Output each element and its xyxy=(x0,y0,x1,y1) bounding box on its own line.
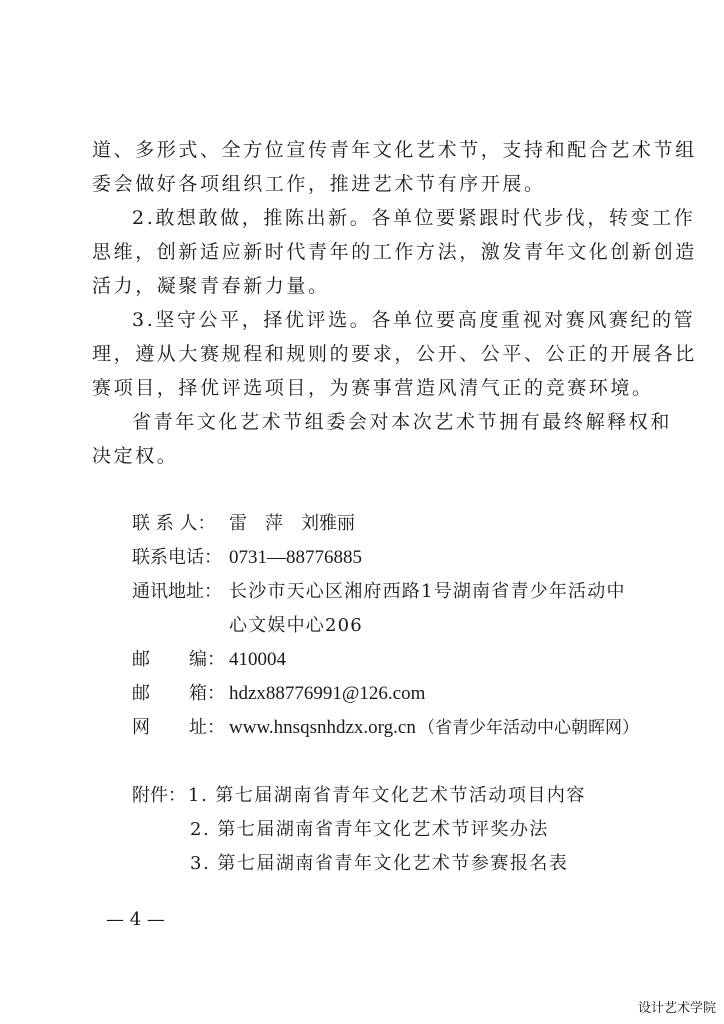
document-page: 道、多形式、全方位宣传青年文化艺术节，支持和配合艺术节组 委会做好各项组织工作，… xyxy=(0,0,724,1024)
contact-website-note: （省青少年活动中心朝晖网） xyxy=(418,711,639,745)
body-line: 活力，凝聚青春新力量。 xyxy=(92,269,330,303)
page-number: — 4 — xyxy=(106,905,165,935)
watermark-label: 设计艺术学院 xyxy=(638,997,716,1016)
body-line: 思维，创新适应新时代青年的工作方法，激发青年文化创新创造 xyxy=(92,235,697,269)
attachment-item[interactable]: 1. 第七届湖南省青年文化艺术节活动项目内容 xyxy=(188,779,586,813)
contact-phone-label: 联系电话： xyxy=(132,541,222,575)
body-line: 理，遵从大赛规程和规则的要求，公开、公平、公正的开展各比 xyxy=(92,337,697,371)
contact-address-label: 通讯地址： xyxy=(132,575,222,609)
attachments-label: 附件： xyxy=(132,779,186,813)
body-line: 3.坚守公平，择优评选。各单位要高度重视对赛风赛纪的管 xyxy=(132,303,695,337)
contact-postcode-label-b: 编： xyxy=(189,643,225,677)
contact-person-label: 联 系 人： xyxy=(132,507,215,541)
contact-address-value: 长沙市天心区湘府西路1号湖南省青少年活动中 xyxy=(229,575,626,609)
contact-address-value-cont: 心文娱中心206 xyxy=(229,609,363,643)
body-line: 决定权。 xyxy=(92,439,178,473)
body-line: 省青年文化艺术节组委会对本次艺术节拥有最终解释权和 xyxy=(132,405,672,439)
body-line: 赛项目，择优评选项目，为赛事营造风清气正的竞赛环境。 xyxy=(92,371,654,405)
contact-phone-value: 0731—88776885 xyxy=(229,541,362,575)
attachment-item[interactable]: 3. 第七届湖南省青年文化艺术节参赛报名表 xyxy=(190,847,568,881)
body-line: 委会做好各项组织工作，推进艺术节有序开展。 xyxy=(92,167,546,201)
contact-email-label-a: 邮 xyxy=(132,677,150,711)
attachment-item[interactable]: 2. 第七届湖南省青年文化艺术节评奖办法 xyxy=(190,813,549,847)
contact-person-value: 雷 萍 刘雅丽 xyxy=(229,507,355,541)
body-line: 2.敢想敢做，推陈出新。各单位要紧跟时代步伐，转变工作 xyxy=(132,201,695,235)
contact-website-label-b: 址： xyxy=(189,711,225,745)
body-line: 道、多形式、全方位宣传青年文化艺术节，支持和配合艺术节组 xyxy=(92,133,697,167)
contact-postcode-value: 410004 xyxy=(229,643,286,677)
contact-postcode-label-a: 邮 xyxy=(132,643,150,677)
contact-website-label-a: 网 xyxy=(132,711,150,745)
contact-email-value[interactable]: hdzx88776991@126.com xyxy=(229,677,425,711)
contact-website-value[interactable]: www.hnsqsnhdzx.org.cn xyxy=(229,711,416,745)
contact-email-label-b: 箱： xyxy=(189,677,225,711)
